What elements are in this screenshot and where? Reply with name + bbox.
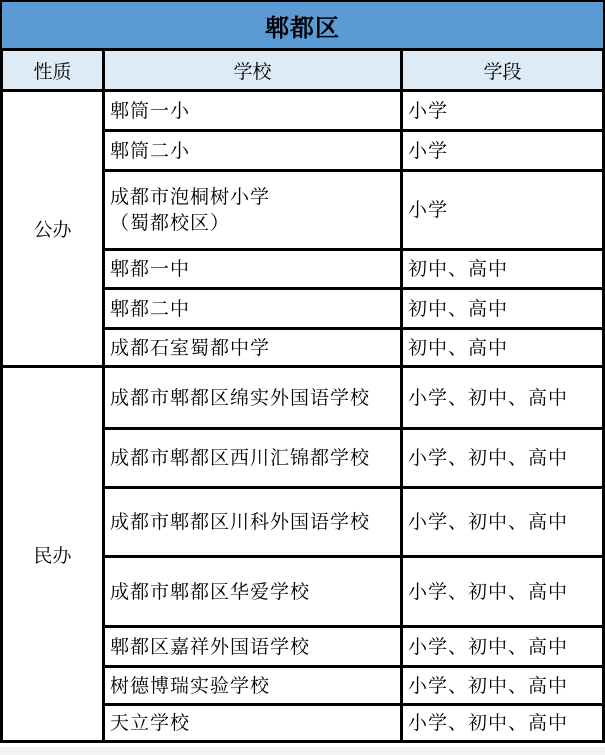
- school-stage-cell: 初中、高中: [402, 329, 604, 367]
- header-school: 学校: [104, 50, 402, 91]
- school-stage-cell: 小学: [402, 91, 604, 131]
- school-name-cell: 成都市郫都区华爱学校: [104, 557, 402, 627]
- school-stage-cell: 初中、高中: [402, 250, 604, 289]
- school-type-cell: 民办: [2, 367, 104, 742]
- school-name-cell: 郫都二中: [104, 289, 402, 329]
- school-stage-cell: 小学、初中、高中: [402, 705, 604, 742]
- header-stage: 学段: [402, 50, 604, 91]
- school-name-cell: 成都市郫都区西川汇锦都学校: [104, 429, 402, 488]
- school-stage-cell: 小学、初中、高中: [402, 627, 604, 667]
- school-stage-cell: 小学: [402, 131, 604, 171]
- school-name-cell: 郫都一中: [104, 250, 402, 289]
- school-name-cell: 郫筒一小: [104, 91, 402, 131]
- school-name-cell: 成都石室蜀都中学: [104, 329, 402, 367]
- school-table: 性质 学校 学段 公办郫筒一小小学郫筒二小小学成都市泡桐树小学 （蜀都校区）小学…: [0, 48, 605, 743]
- school-stage-cell: 初中、高中: [402, 289, 604, 329]
- school-stage-cell: 小学、初中、高中: [402, 429, 604, 488]
- school-stage-cell: 小学、初中、高中: [402, 667, 604, 705]
- school-table-sheet: 郫都区 性质 学校 学段 公办郫筒一小小学郫筒二小小学成都市泡桐树小学 （蜀都校…: [0, 0, 605, 747]
- school-name-cell: 成都市泡桐树小学 （蜀都校区）: [104, 171, 402, 250]
- school-name-cell: 成都市郫都区绵实外国语学校: [104, 367, 402, 429]
- header-row: 性质 学校 学段: [2, 50, 604, 91]
- school-name-cell: 成都市郫都区川科外国语学校: [104, 488, 402, 557]
- school-name-cell: 郫都区嘉祥外国语学校: [104, 627, 402, 667]
- school-type-cell: 公办: [2, 91, 104, 367]
- school-name-cell: 树德博瑞实验学校: [104, 667, 402, 705]
- table-row: 民办成都市郫都区绵实外国语学校小学、初中、高中: [2, 367, 604, 429]
- school-stage-cell: 小学、初中、高中: [402, 367, 604, 429]
- table-row: 公办郫筒一小小学: [2, 91, 604, 131]
- school-stage-cell: 小学: [402, 171, 604, 250]
- school-stage-cell: 小学、初中、高中: [402, 488, 604, 557]
- school-stage-cell: 小学、初中、高中: [402, 557, 604, 627]
- table-body: 公办郫筒一小小学郫筒二小小学成都市泡桐树小学 （蜀都校区）小学郫都一中初中、高中…: [2, 91, 604, 742]
- school-name-cell: 天立学校: [104, 705, 402, 742]
- district-title: 郫都区: [0, 0, 605, 48]
- header-type: 性质: [2, 50, 104, 91]
- school-name-cell: 郫筒二小: [104, 131, 402, 171]
